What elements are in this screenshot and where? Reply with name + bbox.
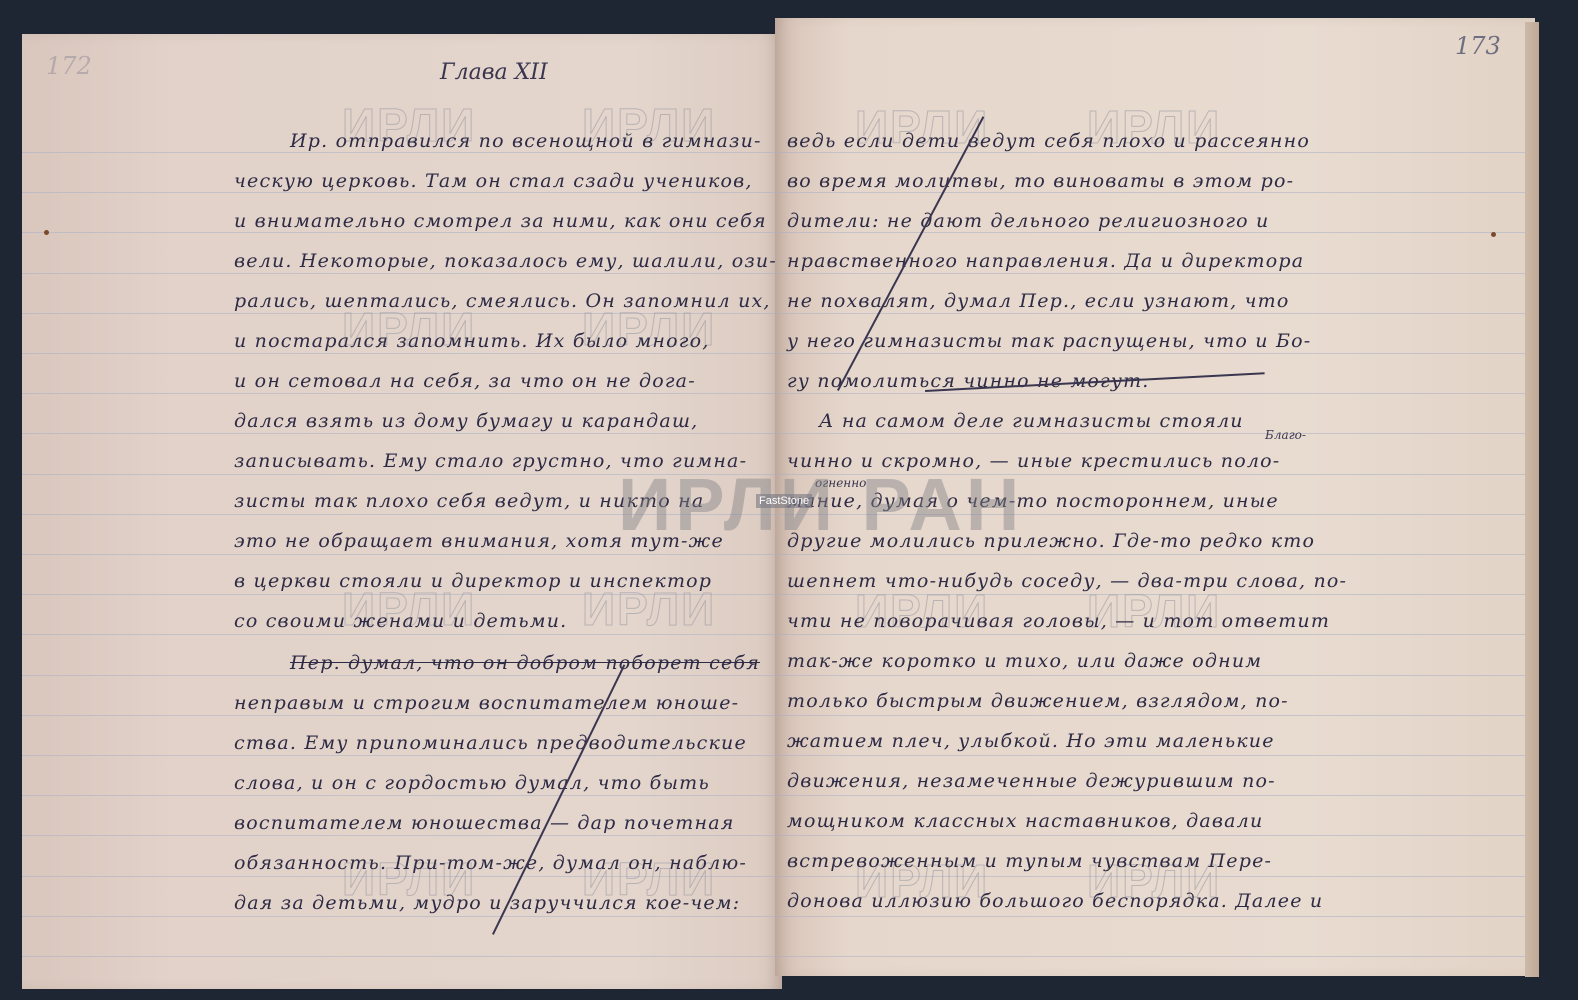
ruled-line	[775, 755, 1535, 756]
text-line: и он сетовал на себя, за что он не дога-	[234, 370, 696, 392]
ruled-line	[775, 353, 1535, 354]
text-line: не похвалят, думал Пер., если узнают, чт…	[787, 290, 1290, 312]
text-line: только быстрым движением, взглядом, по-	[787, 690, 1289, 712]
text-line: дая за детьми, мудро и заруччился кое-че…	[234, 892, 740, 914]
ruled-line	[775, 554, 1535, 555]
text-line: нравственного направления. Да и директор…	[787, 250, 1304, 272]
text-line: со своими женами и детьми.	[234, 610, 567, 632]
text-line: рались, шептались, смеялись. Он запомнил…	[234, 290, 771, 312]
ruled-line	[775, 393, 1535, 394]
ruled-line	[22, 554, 782, 555]
manuscript-spread: 172 Глава XII ИРЛИ ИРЛИ ИРЛИ ИРЛИ ИРЛИ И…	[0, 0, 1578, 1000]
text-line: неправым и строгим воспитателем юноше-	[234, 692, 739, 714]
text-line: шепнет что-нибудь соседу, — два-три слов…	[787, 570, 1347, 592]
text-line: ведь если дети ведут себя плохо и рассея…	[787, 130, 1310, 152]
chapter-title: Глава XII	[440, 60, 548, 85]
text-line: дался взять из дому бумагу и карандаш,	[234, 410, 698, 432]
text-line: ства. Ему припоминались предводительские	[234, 732, 747, 754]
ruled-line	[22, 232, 782, 233]
text-line: жатием плеч, улыбкой. Но эти маленькие	[787, 730, 1275, 752]
ruled-line	[22, 152, 782, 153]
text-line: слова, и он с гордостью думал, что быть	[234, 772, 710, 794]
text-line: встревоженным и тупым чувствам Пере-	[787, 850, 1272, 872]
ruled-line	[22, 273, 782, 274]
ruled-line	[775, 715, 1535, 716]
ruled-line	[775, 313, 1535, 314]
text-line: А на самом деле гимназисты стояли	[819, 410, 1244, 432]
ruled-line	[22, 393, 782, 394]
ruled-line	[22, 916, 782, 917]
text-line: Ир. отправился по всенощной в гимнази-	[290, 130, 762, 152]
ruled-line	[22, 755, 782, 756]
ruled-line	[22, 433, 782, 434]
ruled-line	[775, 675, 1535, 676]
ruled-line	[22, 675, 782, 676]
watermark-center: ИРЛИ РАН	[618, 462, 1023, 547]
ruled-line	[775, 956, 1535, 957]
text-line: так-же коротко и тихо, или даже одним	[787, 650, 1262, 672]
ruled-line	[775, 232, 1535, 233]
ruled-line	[22, 192, 782, 193]
text-line: и постарался запомнить. Их было много,	[234, 330, 709, 352]
ruled-line	[775, 916, 1535, 917]
text-line: донова иллюзию большого беспорядка. Дале…	[787, 890, 1323, 912]
ink-spot	[44, 230, 49, 235]
text-line: движения, незамеченные дежурившим по-	[787, 770, 1276, 792]
page-edge	[1525, 22, 1539, 977]
ruled-line	[775, 835, 1535, 836]
ruled-line	[22, 715, 782, 716]
faded-page-number: 172	[46, 52, 92, 80]
text-line: в церкви стояли и директор и инспектор	[234, 570, 712, 592]
ruled-line	[22, 835, 782, 836]
viewer-logo: FastStone	[756, 494, 812, 508]
ruled-line	[775, 192, 1535, 193]
ruled-line	[775, 795, 1535, 796]
text-line: чти не поворачивая головы, — и тот ответ…	[787, 610, 1330, 632]
text-line: дители: не дают дельного религиозного и	[787, 210, 1269, 232]
text-line: ческую церковь. Там он стал сзади ученик…	[234, 170, 753, 192]
marginal-insertion: Благо-	[1265, 428, 1306, 442]
text-line-struck: Пер. думал, что он добром поборет себя	[290, 652, 760, 674]
text-line: во время молитвы, то виноваты в этом ро-	[787, 170, 1294, 192]
text-line: воспитателем юношества — дар почетная	[234, 812, 735, 834]
ruled-line	[775, 433, 1535, 434]
text-line: и внимательно смотрел за ними, как они с…	[234, 210, 767, 232]
ruled-line	[22, 795, 782, 796]
ink-spot	[1491, 232, 1496, 237]
ruled-line	[22, 956, 782, 957]
page-number: 173	[1455, 32, 1501, 60]
text-line: вели. Некоторые, показалось ему, шалили,…	[234, 250, 777, 272]
ruled-line	[775, 273, 1535, 274]
text-line: обязанность. При-том-же, думал он, наблю…	[234, 852, 747, 874]
text-line: мощником классных наставников, давали	[787, 810, 1263, 832]
